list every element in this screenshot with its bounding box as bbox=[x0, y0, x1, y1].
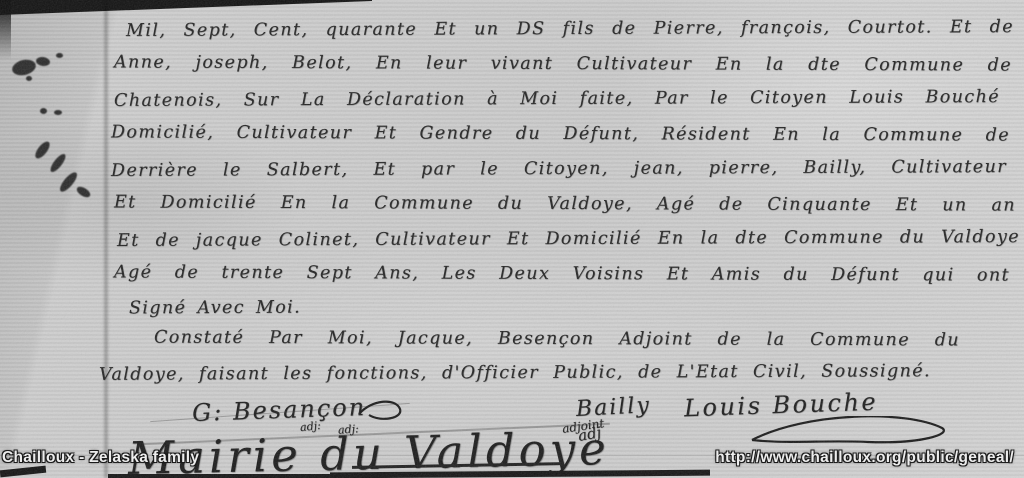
ink-blot bbox=[33, 139, 52, 160]
mairie-script: Mairie du Valdoye bbox=[127, 422, 610, 478]
signature-flourish-bouche bbox=[746, 416, 956, 452]
record-line-5: Derrière le Salbert, Et par le Citoyen, … bbox=[111, 159, 1007, 180]
record-line-7: Et de jacque Colinet, Cultivateur Et Dom… bbox=[117, 229, 1020, 250]
ink-blot bbox=[11, 57, 38, 77]
page-fold-line bbox=[103, 0, 109, 478]
family-watermark: Chailloux - Zelaska family bbox=[2, 449, 199, 467]
record-line-8: Agé de trente Sept Ans, Les Deux Voisins… bbox=[114, 264, 1010, 285]
ink-blot bbox=[56, 53, 63, 58]
record-line-10: Constaté Par Moi, Jacque, Besençon Adjoi… bbox=[154, 330, 960, 350]
scan-edge-artifact-left bbox=[0, 0, 11, 60]
signature-flourish-besancon bbox=[356, 396, 408, 426]
ink-blot bbox=[48, 152, 68, 174]
mairie-underline-sub bbox=[108, 474, 338, 478]
mairie-underline-thick bbox=[330, 470, 710, 478]
record-line-9: Signé Avec Moi. bbox=[129, 300, 301, 318]
record-line-2: Anne, joseph, Belot, En leur vivant Cult… bbox=[114, 54, 1012, 75]
ink-blot bbox=[54, 110, 62, 115]
ink-mark-bottom-left bbox=[0, 466, 46, 478]
url-watermark: http://www.chailloux.org/public/geneal/ bbox=[715, 449, 1014, 467]
scan-edge-artifact-top bbox=[0, 0, 372, 15]
record-line-3: Chatenois, Sur La Déclaration à Moi fait… bbox=[114, 89, 1000, 110]
signature-besancon: G: Besançon bbox=[192, 393, 367, 427]
ink-blot bbox=[75, 185, 92, 200]
scanned-record-page: Mil, Sept, Cent, quarante Et un DS fils … bbox=[0, 0, 1024, 478]
record-line-1: Mil, Sept, Cent, quarante Et un DS fils … bbox=[126, 19, 1014, 40]
record-line-11: Valdoye, faisant les fonctions, d'Offici… bbox=[99, 363, 931, 384]
record-line-4: Domicilié, Cultivateur Et Gendre du Défu… bbox=[111, 124, 1010, 145]
ink-blot bbox=[26, 76, 32, 81]
ink-blot bbox=[40, 108, 47, 114]
record-line-6: Et Domicilié En la Commune du Valdoye, A… bbox=[114, 194, 1016, 215]
ink-blot bbox=[35, 56, 50, 67]
